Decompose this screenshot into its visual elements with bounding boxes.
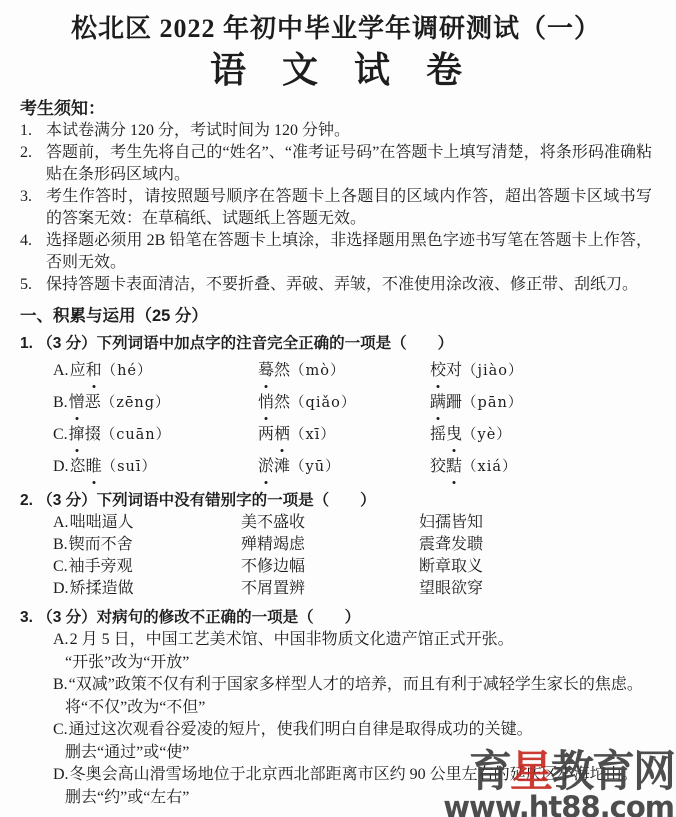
word-text: 掇 xyxy=(85,426,101,443)
word-with-pinyin: 狡黠（xiá） xyxy=(430,451,652,483)
option-label: C. xyxy=(53,719,68,742)
notice-section: 考生须知： 1. 本试卷满分 120 分，考试时间为 120 分钟。 2. 答题… xyxy=(20,98,652,296)
notice-item-number: 1. xyxy=(20,120,46,142)
word-with-pinyin: 蓦然（mò） xyxy=(258,355,430,387)
pinyin: （xī） xyxy=(290,427,336,443)
question-1-option-row-d: D.恣睢（suī） 淤滩（yū） 狡黠（xiá） xyxy=(53,451,652,483)
question-3-option-c: C. 通过这次观看谷爱凌的短片，使我们明白自律是取得成功的关键。 删去“通过”或… xyxy=(20,719,652,764)
correction-line: 将“不仅”改为“不但” xyxy=(65,697,652,720)
question-3-stem: 3. （3 分）对病句的修改不正确的一项是（ ） xyxy=(20,607,652,629)
question-3-option-d: D. 冬奥会高山滑雪场地位于北京西北部距离市区约 90 公里左右的延庆区小海坨山… xyxy=(20,764,652,809)
pinyin: （xiá） xyxy=(462,459,517,475)
notice-item-text: 考生作答时，请按照题号顺序在答题卡上各题目的区域内作答，超出答题卡区域书写的答案… xyxy=(46,186,652,230)
option-label: A. xyxy=(53,362,69,379)
option-label: C. xyxy=(53,426,68,443)
notice-item: 2. 答题前，考生先将自己的“姓名”、“准考证号码”在答题卡上填写清楚，将条形码… xyxy=(20,142,652,186)
correction-line: “开张”改为“开放” xyxy=(65,652,652,675)
dotted-char: 睢 xyxy=(86,451,102,482)
dotted-char: 蓦 xyxy=(258,355,274,386)
dotted-char: 撺 xyxy=(69,419,85,450)
word-with-pinyin: 蹒跚（pān） xyxy=(430,387,652,419)
dotted-char: 悄 xyxy=(258,387,274,418)
word-text: 矫揉造做 xyxy=(70,580,134,597)
notice-item-number: 3. xyxy=(20,186,46,230)
dotted-char: 校 xyxy=(430,355,446,386)
word-cell: 望眼欲穿 xyxy=(419,578,652,600)
section-heading-accumulation: 一、积累与运用（25 分） xyxy=(20,305,652,327)
notice-item-text: 本试卷满分 120 分，考试时间为 120 分钟。 xyxy=(46,120,652,142)
sentence-text: 冬奥会高山滑雪场地位于北京西北部距离市区约 90 公里左右的延庆区小海坨山。 xyxy=(70,764,652,787)
pinyin: （qiǎo） xyxy=(290,395,356,411)
question-1-option-row-b: B.憎恶（zēng） 悄然（qiǎo） 蹒跚（pān） xyxy=(53,387,652,419)
word-text: 袖手旁观 xyxy=(69,558,133,575)
pinyin: （yè） xyxy=(462,427,512,443)
pinyin: （yū） xyxy=(290,459,341,475)
pinyin: （pān） xyxy=(462,395,523,411)
word-text: 应 xyxy=(70,362,86,379)
notice-item-text: 答题前，考生先将自己的“姓名”、“准考证号码”在答题卡上填写清楚，将条形码准确粘… xyxy=(46,142,652,186)
pinyin: （hé） xyxy=(102,363,153,379)
correction-line: 删去“通过”或“使” xyxy=(65,742,652,765)
notice-item-number: 5. xyxy=(20,274,46,296)
notice-item-text: 选择题必须用 2B 铅笔在答题卡上填涂，非选择题用黑色字迹书写笔在答题卡上作答，… xyxy=(46,230,652,274)
question-2-option-row-c: C.袖手旁观 不修边幅 断章取义 xyxy=(53,556,652,578)
word-cell: 断章取义 xyxy=(419,556,652,578)
pinyin: （mò） xyxy=(290,363,345,379)
word-cell: B.锲而不舍 xyxy=(53,534,241,556)
page-subtitle: 语 文 试 卷 xyxy=(20,48,652,92)
question-1: 1. （3 分）下列词语中加点字的注音完全正确的一项是（ ） A.应和（hé） … xyxy=(20,333,652,483)
option-label: D. xyxy=(53,458,69,475)
question-2-option-row-a: A.咄咄逼人 美不盛收 妇孺皆知 xyxy=(53,512,652,534)
page-title: 松北区 2022 年初中毕业学年调研测试（一） xyxy=(20,12,652,46)
question-2-option-row-d: D.矫揉造做 不屑置辨 望眼欲穿 xyxy=(53,578,652,600)
word-cell: 不屑置辨 xyxy=(241,578,419,600)
word-cell: A.咄咄逼人 xyxy=(53,512,241,534)
word-text: 摇 xyxy=(430,426,446,443)
pinyin: （suī） xyxy=(102,459,157,475)
option-label: D. xyxy=(53,764,69,787)
word-cell: 妇孺皆知 xyxy=(419,512,652,534)
sentence-text: 通过这次观看谷爱凌的短片，使我们明白自律是取得成功的关键。 xyxy=(69,719,652,742)
question-3-option-b: B. “双减”政策不仅有利于国家多样型人才的培养，而且有利于减轻学生家长的焦虑。… xyxy=(20,674,652,719)
dotted-char: 曳 xyxy=(446,419,462,450)
word-with-pinyin: D.恣睢（suī） xyxy=(53,451,258,483)
notice-item: 3. 考生作答时，请按照题号顺序在答题卡上各题目的区域内作答，超出答题卡区域书写… xyxy=(20,186,652,230)
option-label: A. xyxy=(53,514,69,531)
question-1-option-row-c: C.撺掇（cuān） 两栖（xī） 摇曳（yè） xyxy=(53,419,652,451)
correction-line: 删去“约”或“左右” xyxy=(65,787,652,810)
word-text: 滩 xyxy=(274,458,290,475)
word-text: 然 xyxy=(274,394,290,411)
word-text: 然 xyxy=(274,362,290,379)
notice-item: 1. 本试卷满分 120 分，考试时间为 120 分钟。 xyxy=(20,120,652,142)
option-label: A. xyxy=(53,629,69,652)
notice-item-number: 2. xyxy=(20,142,46,186)
option-label: B. xyxy=(53,674,68,697)
word-cell: 美不盛收 xyxy=(241,512,419,534)
pinyin: （cuān） xyxy=(101,427,171,443)
word-text: 狡 xyxy=(430,458,446,475)
notice-item: 5. 保持答题卡表面清洁，不要折叠、弄破、弄皱，不准使用涂改液、修正带、刮纸刀。 xyxy=(20,274,652,296)
dotted-char: 栖 xyxy=(274,419,290,450)
word-with-pinyin: B.憎恶（zēng） xyxy=(53,387,258,419)
word-cell: 不修边幅 xyxy=(241,556,419,578)
word-with-pinyin: 摇曳（yè） xyxy=(430,419,652,451)
word-with-pinyin: 校对（jiào） xyxy=(430,355,652,387)
sentence-text: “双减”政策不仅有利于国家多样型人才的培养，而且有利于减轻学生家长的焦虑。 xyxy=(69,674,652,697)
notice-heading: 考生须知： xyxy=(20,98,652,120)
option-label: B. xyxy=(53,536,68,553)
question-1-option-row-a: A.应和（hé） 蓦然（mò） 校对（jiào） xyxy=(53,355,652,387)
word-text: 咄咄逼人 xyxy=(70,514,134,531)
option-label: B. xyxy=(53,394,68,411)
word-text: 跚 xyxy=(446,394,462,411)
word-text: 两 xyxy=(258,426,274,443)
exam-paper-page: 松北区 2022 年初中毕业学年调研测试（一） 语 文 试 卷 考生须知： 1.… xyxy=(0,0,676,809)
word-cell: D.矫揉造做 xyxy=(53,578,241,600)
question-2-option-row-b: B.锲而不舍 殚精竭虑 震聋发聩 xyxy=(53,534,652,556)
word-with-pinyin: A.应和（hé） xyxy=(53,355,258,387)
question-3: 3. （3 分）对病句的修改不正确的一项是（ ） A. 2 月 5 日，中国工艺… xyxy=(20,607,652,809)
word-cell: 震聋发聩 xyxy=(419,534,652,556)
question-2: 2. （3 分）下列词语中没有错别字的一项是（ ） A.咄咄逼人 美不盛收 妇孺… xyxy=(20,490,652,600)
word-text: 锲而不舍 xyxy=(69,536,133,553)
word-text: 恶 xyxy=(85,394,101,411)
pinyin: （jiào） xyxy=(462,363,524,379)
word-text: 恣 xyxy=(70,458,86,475)
sentence-text: 2 月 5 日，中国工艺美术馆、中国非物质文化遗产馆正式开张。 xyxy=(70,629,652,652)
dotted-char: 黠 xyxy=(446,451,462,482)
word-text: 对 xyxy=(446,362,462,379)
word-cell: C.袖手旁观 xyxy=(53,556,241,578)
pinyin: （zēng） xyxy=(101,395,171,411)
dotted-char: 和 xyxy=(86,355,102,386)
notice-item-number: 4. xyxy=(20,230,46,274)
notice-item: 4. 选择题必须用 2B 铅笔在答题卡上填涂，非选择题用黑色字迹书写笔在答题卡上… xyxy=(20,230,652,274)
option-label: D. xyxy=(53,580,69,597)
dotted-char: 蹒 xyxy=(430,387,446,418)
notice-item-text: 保持答题卡表面清洁，不要折叠、弄破、弄皱，不准使用涂改液、修正带、刮纸刀。 xyxy=(46,274,652,296)
question-1-stem: 1. （3 分）下列词语中加点字的注音完全正确的一项是（ ） xyxy=(20,333,652,355)
word-with-pinyin: 悄然（qiǎo） xyxy=(258,387,430,419)
option-label: C. xyxy=(53,558,68,575)
word-with-pinyin: 淤滩（yū） xyxy=(258,451,430,483)
word-with-pinyin: 两栖（xī） xyxy=(258,419,430,451)
word-with-pinyin: C.撺掇（cuān） xyxy=(53,419,258,451)
question-3-option-a: A. 2 月 5 日，中国工艺美术馆、中国非物质文化遗产馆正式开张。 “开张”改… xyxy=(20,629,652,674)
word-cell: 殚精竭虑 xyxy=(241,534,419,556)
question-2-stem: 2. （3 分）下列词语中没有错别字的一项是（ ） xyxy=(20,490,652,512)
dotted-char: 憎 xyxy=(69,387,85,418)
dotted-char: 淤 xyxy=(258,451,274,482)
